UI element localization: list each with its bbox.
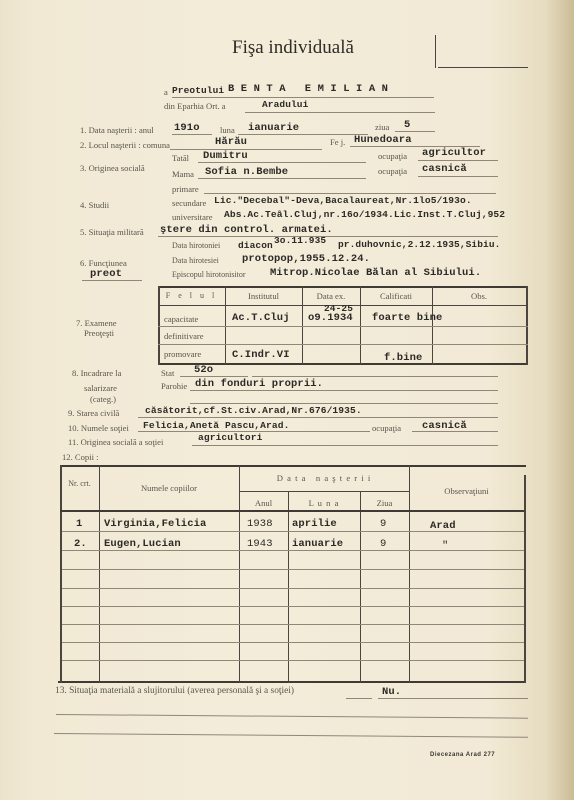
wife-value: Felicia,Anetă Pascu,Arad. [143,420,289,431]
social-origin-label: 3. Originea socială [80,163,145,173]
hirotonie-date: 3o.11.935 [274,235,326,246]
birth-year-underline [172,134,212,135]
exams-header-obs: Obs. [432,291,526,301]
children-col-sep [409,465,410,683]
wife-occ-underline [412,431,498,432]
exams-header-institute: Institutul [225,291,302,301]
salary-label-2: salarizare [84,383,117,393]
mother-occ-underline [418,176,498,177]
father-occupation-label: ocupaţia [378,151,407,161]
hirotonie-rest: pr.duhovnic,2.12.1935,Sibiu. [338,239,500,250]
child-nr: 1 [76,518,82,530]
hirotesie-label: Data hirotesiei [172,256,219,265]
corner-box-bottom [438,67,528,68]
hirotonie-prefix: diacon [238,240,273,251]
children-top-border [60,465,526,467]
civil-status-label: 9. Starea civilă [68,408,119,418]
stat-underline-2 [252,376,498,377]
stat-underline [180,376,248,377]
eparhia-label: din Eparhia Ort. a [164,101,226,111]
military-underline [158,236,498,237]
mother-occupation: casnică [422,163,467,175]
birth-month-underline [238,134,368,135]
children-header-name: Numele copiilor [99,483,239,493]
child-month: ianuarie [292,538,343,550]
university-value: Abs.Ac.Teâl.Cluj,nr.16o/1934.Lic.Inst.T.… [224,209,505,220]
primary-label: primare [172,184,199,194]
birth-commune: Hărău [215,136,247,148]
wife-label: 10. Numele soţiei [68,423,129,433]
county-label: Fe j. [330,137,345,147]
military-label: 5. Situaţia militară [80,227,144,237]
exam-institute: Ac.T.Cluj [232,312,290,324]
material-label: 13. Situaţia materială a slujitorului (a… [55,686,294,696]
children-right-border [524,475,526,683]
birth-day-label: ziua [375,122,389,132]
children-header-year: Anul [239,498,288,508]
exams-row-sep [158,344,528,345]
exams-label-2: Preoţeşti [84,328,114,338]
children-row-line [62,642,524,643]
wife-origin-underline [192,445,498,446]
exams-bottom-border [158,363,528,365]
children-header-birth: D a t a n a ş t e r i i [239,473,409,483]
exam-grade: f.bine [384,352,422,364]
birth-place-label: 2. Locul naşterii : comuna [80,140,170,150]
exam-grade: foarte bine [372,312,442,324]
civil-status-underline [138,417,498,418]
exams-table: F e l u l Institutul Data ex. Calificati… [158,286,528,365]
priest-name: B E N T A E M I L I A N [228,83,388,95]
birth-subheader-sep [239,491,409,492]
studies-label: 4. Studii [80,200,109,210]
mother-label: Mama [172,169,194,179]
child-name: Virginia,Felicia [104,518,206,530]
parohie-label: Parohie [161,381,187,391]
birth-month: ianuarie [248,122,299,134]
mother-underline [198,178,366,179]
child-obs: " [442,540,448,552]
children-header-obs: Observaţiuni [409,486,524,496]
children-header-nr: Nr. crt. [60,479,99,488]
page-title: Fişa individuală [232,37,354,59]
wife-occupation-label: ocupaţia [372,423,401,433]
children-row-line [62,550,524,551]
child-obs: Arad [430,520,456,532]
corner-box-left [435,35,436,68]
exams-header-date: Data ex. [302,291,360,301]
exam-institute: C.Indr.VI [232,349,290,361]
name-underline [172,97,434,98]
eparhia-underline [245,112,435,113]
secondary-label: secundare [172,198,206,208]
birth-date-label: 1. Data naşterii : anul [80,125,154,135]
birth-day: 5 [404,119,410,131]
exam-type: definitivare [164,331,204,341]
children-row-line [62,588,524,589]
birth-month-label: luna [220,125,235,135]
children-header-sep [60,510,524,512]
child-year: 1938 [247,518,273,530]
preot-prefix: Preotului [172,85,224,96]
parohie-underline [190,390,498,391]
father-occupation: agricultor [422,147,486,159]
stat-label: Stat [161,368,174,378]
birth-year: 191o [174,122,200,134]
exams-header-type: F e l u l [158,291,225,300]
children-header-day: Ziua [360,498,409,508]
child-day: 9 [380,518,386,530]
salary-underline-3 [190,403,498,404]
father-occ-underline [418,160,498,161]
child-month: aprilie [292,518,337,530]
material-value: Nu. [382,686,401,698]
children-row-line [62,624,524,625]
children-col-sep [288,491,289,683]
hirotesie-value: protopop,1955.12.24. [242,253,370,265]
exam-type: promovare [164,349,201,359]
material-underline-pre [346,698,372,699]
children-row-line [62,660,524,661]
bishop-value: Mitrop.Nicolae Bălan al Sibiului. [270,267,481,279]
father-underline [198,162,366,163]
bishop-label: Episcopul hirotonisitor [172,270,246,279]
child-day: 9 [380,538,386,550]
birth-day-underline [395,131,435,132]
exams-header-grade: Calificati [360,291,432,301]
wife-origin-label: 11. Originea socială a soţiei [68,437,163,447]
exams-label-1: 7. Examene [76,318,117,328]
children-bottom-border [58,681,526,683]
function-underline [82,280,142,281]
function-label: 6. Funcţiunea [80,258,127,268]
child-name: Eugen,Lucian [104,538,181,550]
prefix-label: a [164,87,168,97]
child-year: 1943 [247,538,273,550]
salary-label-1: 8. Incadrare la [72,368,121,378]
children-row-line [62,569,524,570]
material-underline [378,698,528,699]
children-table: Nr. crt. Numele copiilor D a t a n a ş t… [58,465,528,683]
salary-label-3: (categ.) [90,394,116,404]
children-label: 12. Copii : [62,452,99,462]
birth-county: Hunedoara [354,134,412,146]
wife-origin-value: agricultori [198,432,262,443]
material-line-3 [54,733,528,738]
parohie-value: din fonduri proprii. [195,378,323,390]
mother-name: Sofia n.Bembe [205,166,288,178]
children-col-sep [99,465,100,683]
mother-occupation-label: ocupaţia [378,166,407,176]
father-name: Dumitru [203,150,248,162]
children-col-sep [360,491,361,683]
stat-value: 52o [194,364,213,376]
university-label: universitare [172,212,213,222]
material-line-2 [56,714,528,719]
secondary-value: Lic."Decebal"-Deva,Bacalaureat,Nr.1lo5/1… [214,195,472,206]
children-row-line [62,606,524,607]
primary-underline [204,193,496,194]
exams-row-sep [158,326,528,327]
printer-footer: Diecezana Arad 277 [430,752,495,758]
civil-status-value: căsătorit,cf.St.civ.Arad,Nr.676/1935. [145,405,362,416]
child-nr: 2. [74,538,87,550]
children-left-border [60,465,62,683]
function-value: preot [90,268,122,280]
hirotonie-label: Data hirotoniei [172,241,220,250]
father-label: Tatăl [172,153,189,163]
children-header-month: L u n a [288,498,360,508]
eparhia-value: Aradului [262,99,308,110]
exam-date: o9.1934 [308,312,353,324]
exams-top-border [158,286,528,288]
exam-type: capacitate [164,314,198,324]
